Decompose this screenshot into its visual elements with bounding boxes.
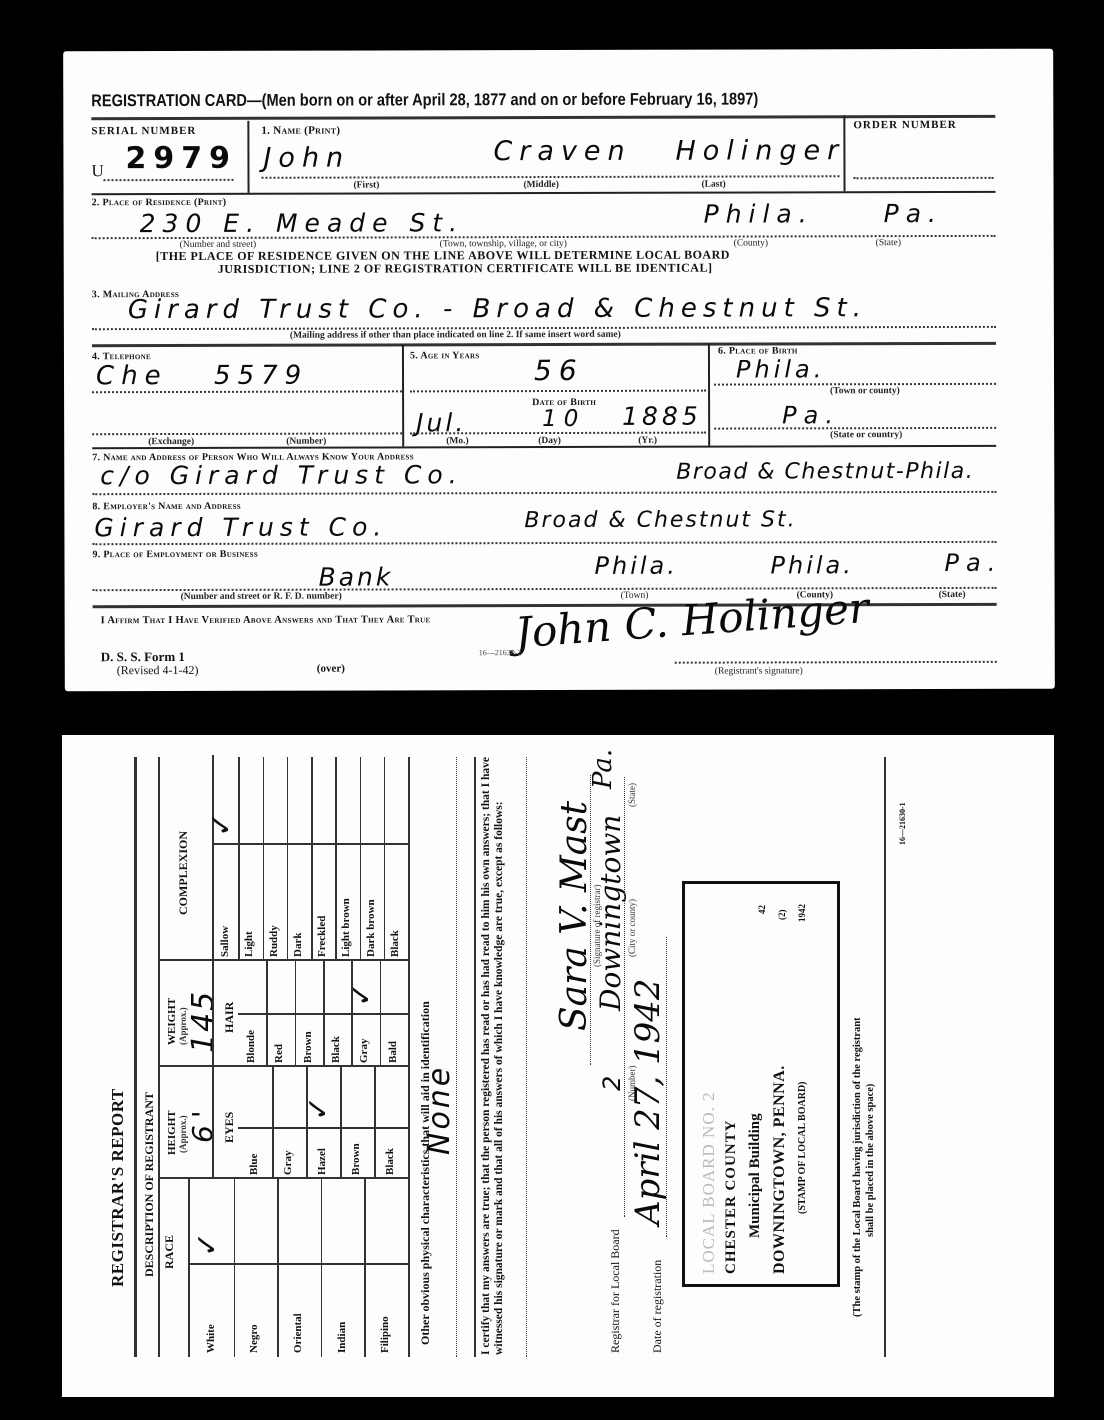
local-board-state: Pa.: [588, 749, 618, 789]
eyes-option-blue[interactable]: Blue: [238, 1067, 272, 1179]
cap-board-state: (State): [627, 783, 637, 807]
registrars-report: REGISTRAR'S REPORT DESCRIPTION OF REGIST…: [62, 735, 1054, 1397]
complexion-option-label: Dark brown: [365, 899, 377, 957]
cap-birth-town: (Town or county): [830, 386, 900, 396]
cap-mo: (Mo.): [446, 436, 468, 446]
name-line: [261, 175, 839, 179]
age-line: [410, 390, 706, 393]
contact-line: [92, 491, 996, 495]
grid-row-rule: [360, 757, 362, 961]
affirm-text: I Affirm That I Have Verified Above Answ…: [101, 614, 431, 626]
complexion-option-ruddy[interactable]: Ruddy: [263, 757, 287, 961]
grid-row-rule: [321, 1179, 323, 1357]
race-option-negro[interactable]: Negro: [234, 1179, 278, 1357]
grid-row-rule: [272, 1067, 274, 1179]
eyes-option-label: Brown: [350, 1143, 362, 1175]
card-title: REGISTRATION CARD—(Men born on or after …: [91, 89, 758, 111]
cap-emp-street: (Number and street or R. F. D. number): [181, 592, 342, 602]
hw-rule: [212, 961, 214, 1179]
cap-birth-state: (State or country): [830, 430, 902, 440]
hair-option-label: Red: [273, 1044, 285, 1063]
employment-town: Phila.: [594, 552, 677, 580]
hair-option-label: Black: [330, 1036, 342, 1063]
cap-board-city: (City or county): [627, 899, 637, 957]
grid-row-rule: [306, 1067, 308, 1179]
height-header: HEIGHT: [166, 1110, 178, 1155]
hair-option-label: Gray: [358, 1039, 370, 1063]
complexion-option-label: Sallow: [219, 926, 231, 957]
date-line: [666, 937, 667, 1237]
certify-rule: [474, 757, 476, 1357]
row1-rule: [92, 191, 996, 195]
cap-number: (Number): [286, 437, 326, 447]
telephone-exchange: Che: [96, 361, 168, 391]
residence-state: Pa.: [884, 199, 943, 228]
race-option-label: Filipino: [379, 1316, 391, 1353]
complexion-option-label: Black: [389, 930, 401, 957]
grid-row-rule: [335, 757, 337, 961]
other-label: Other obvious physical characteristics t…: [418, 1001, 433, 1345]
cap-county: (County): [734, 238, 768, 248]
eyes-option-gray[interactable]: Gray: [272, 1067, 306, 1179]
form-revised: (Revised 4-1-42): [117, 663, 199, 678]
registrant-signature: John C. Holinger: [513, 583, 870, 658]
hair-option-label: Blonde: [245, 1030, 257, 1063]
certify-line: [526, 757, 527, 1357]
height-value: 6': [186, 1103, 219, 1143]
age-label: 5. Age in Years: [410, 350, 480, 361]
desc-rule: [158, 757, 160, 1357]
mailing-value: Girard Trust Co. - Broad & Chestnut St.: [128, 293, 867, 325]
grid-row-rule: [287, 757, 289, 961]
residence-notice-2: JURISDICTION; LINE 2 OF REGISTRATION CER…: [218, 261, 713, 277]
employment-county: Phila.: [770, 551, 853, 579]
eyes-option-label: Gray: [282, 1151, 294, 1175]
grid-row-rule: [238, 757, 240, 961]
serial-prefix: U: [91, 161, 103, 181]
dob-line: [410, 432, 706, 435]
complexion-option-freckled[interactable]: Freckled: [311, 757, 335, 961]
stamp-note-1: (The stamp of the Local Board having jur…: [852, 1017, 863, 1317]
weight-header: WEIGHT: [166, 998, 178, 1045]
dob-day: 10: [542, 406, 585, 432]
grid-row-rule: [364, 1179, 366, 1357]
employer-label: 8. Employer's Name and Address: [92, 501, 241, 512]
row4-rule: [92, 445, 996, 449]
other-line: [456, 757, 457, 1357]
row3-rule: [92, 342, 996, 347]
telephone-line-2: [92, 432, 402, 435]
cap-exchange: (Exchange): [148, 437, 194, 447]
employer-address: Broad & Chestnut St.: [524, 507, 796, 533]
title-rule: [134, 757, 137, 1357]
telephone-number: 5579: [214, 361, 308, 391]
complexion-option-black[interactable]: Black: [384, 757, 408, 961]
registration-card-back: REGISTRAR'S REPORT DESCRIPTION OF REGIST…: [62, 735, 1054, 1397]
complexion-header: COMPLEXION: [176, 831, 191, 915]
eyes-option-label: Black: [384, 1148, 396, 1175]
signature-line: [675, 661, 997, 664]
registrar-signature: Sara V. Mast: [554, 801, 595, 1031]
eyes-option-black[interactable]: Black: [374, 1067, 408, 1179]
signature-cap: (Registrant's signature): [715, 666, 803, 676]
local-board-number: 2: [598, 1069, 626, 1091]
race-option-label: Indian: [336, 1322, 348, 1353]
complexion-option-dark-brown[interactable]: Dark brown: [360, 757, 384, 961]
name-first: John: [263, 143, 350, 174]
race-option-label: White: [205, 1324, 217, 1353]
hair-header: HAIR: [222, 1002, 237, 1033]
name-label: 1. Name (Print): [261, 125, 340, 137]
local-board-line: [624, 777, 625, 1217]
grid-row-rule: [234, 1179, 236, 1357]
registrar-sig-line: [590, 775, 591, 1065]
date-label: Date of registration: [650, 1260, 665, 1353]
birthplace-state: Pa.: [782, 401, 840, 429]
race-option-oriental[interactable]: Oriental: [277, 1179, 321, 1357]
complexion-option-dark[interactable]: Dark: [287, 757, 311, 961]
hair-option-label: Bald: [387, 1041, 399, 1063]
contact-name: c/o Girard Trust Co.: [100, 460, 462, 490]
grid-check-divider: [238, 1128, 408, 1130]
complexion-option-label: Freckled: [316, 916, 328, 957]
serial-number: 2979: [125, 141, 237, 176]
eyes-option-brown[interactable]: Brown: [340, 1067, 374, 1179]
checkmark-icon: ✓: [204, 812, 239, 837]
complexion-option-label: Ruddy: [268, 925, 280, 957]
order-line: [853, 177, 993, 179]
print-code-back: 16—21630-1: [898, 802, 907, 845]
local-board-city: Downingtown: [594, 815, 627, 1011]
name-middle: Craven: [493, 136, 631, 167]
cap-middle: (Middle): [524, 180, 559, 190]
cap-first: (First): [354, 180, 380, 190]
grid-row-rule: [384, 757, 386, 961]
serial-label: SERIAL NUMBER: [91, 125, 196, 137]
bottom-rule: [884, 757, 886, 1357]
hair-option-label: Brown: [302, 1031, 314, 1063]
over-label: (over): [317, 663, 345, 675]
birthplace-state-line: [714, 427, 996, 430]
date-value: April 27, 1942: [628, 978, 668, 1225]
race-option-filipino[interactable]: Filipino: [364, 1179, 408, 1357]
complexion-option-light-brown[interactable]: Light brown: [335, 757, 359, 961]
table-bottom: [408, 757, 410, 1357]
grid-row-rule: [374, 1067, 376, 1179]
grid-row-rule: [311, 757, 313, 961]
grid-row-rule: [340, 1067, 342, 1179]
grid-check-divider: [190, 1264, 408, 1266]
stamp-note-2: shall be placed in the above space): [865, 1084, 876, 1237]
birthplace-line: [714, 383, 996, 386]
serial-divider: [247, 121, 249, 193]
eyes-header: EYES: [222, 1112, 237, 1143]
order-label: ORDER NUMBER: [853, 119, 956, 131]
complexion-option-label: Light: [243, 931, 255, 957]
stamp-line-4: DOWNINGTOWN, PENNA.: [771, 1065, 789, 1274]
age-value: 56: [534, 354, 584, 387]
employer-name: Girard Trust Co.: [94, 512, 387, 542]
stamp-mark-3: 1942: [797, 904, 807, 922]
contact-address: Broad & Chestnut-Phila.: [676, 459, 974, 485]
eyes-option-label: Hazel: [316, 1148, 328, 1175]
eyes-option-hazel[interactable]: Hazel✓: [306, 1067, 340, 1179]
stamp-mark-2: (2): [777, 910, 787, 921]
description-title: DESCRIPTION OF REGISTRANT: [142, 1092, 157, 1277]
stamp-line-2: CHESTER COUNTY: [723, 1120, 740, 1274]
stamp-line-1: LOCAL BOARD NO. 2: [699, 1091, 719, 1274]
birthplace-town: Phila.: [736, 355, 825, 383]
grid-row-rule: [263, 757, 265, 961]
checkmark-icon: ✓: [190, 1232, 225, 1257]
complexion-option-sallow[interactable]: Sallow✓: [214, 757, 238, 961]
order-divider: [843, 115, 845, 191]
cap-day: (Day): [538, 436, 561, 446]
cap-yr: (Yr.): [638, 436, 657, 446]
print-code-front: 16—21630-2: [479, 648, 522, 657]
residence-label: 2. Place of Residence (Print): [92, 197, 227, 208]
serial-line: [103, 179, 233, 181]
checkmark-icon: ✓: [344, 982, 379, 1007]
eyes-option-label: Blue: [248, 1154, 260, 1175]
stamp-line-3: Municipal Building: [747, 1113, 764, 1238]
grid-check-divider: [238, 1014, 408, 1016]
stamp-mark-1: 42: [757, 905, 767, 914]
grid-row-rule: [277, 1179, 279, 1357]
weight-value: 145: [186, 990, 221, 1053]
cap-emp-state: (State): [939, 590, 966, 600]
dob-year: 1885: [622, 402, 702, 431]
employment-label: 9. Place of Employment or Business: [92, 549, 258, 560]
age-divider: [708, 344, 710, 446]
other-value: None: [422, 1065, 457, 1155]
residence-county: Phila.: [704, 199, 814, 228]
local-board-stamp: LOCAL BOARD NO. 2 CHESTER COUNTY Municip…: [682, 881, 840, 1287]
race-option-label: Negro: [248, 1324, 260, 1353]
employment-street: Bank: [319, 562, 394, 591]
complexion-option-label: Dark: [292, 933, 304, 957]
tel-divider: [402, 344, 404, 446]
residence-street: 230 E. Meade St.: [140, 208, 465, 238]
complexion-option-label: Light brown: [340, 898, 352, 957]
complexion-option-light[interactable]: Light: [238, 757, 262, 961]
race-option-white[interactable]: White✓: [190, 1179, 234, 1357]
certify-text: I certify that my answers are true; that…: [480, 755, 506, 1355]
employment-state: Pa.: [944, 549, 1002, 577]
mailing-cap: (Mailing address if other than place ind…: [290, 330, 621, 341]
local-board-label: Registrar for Local Board: [608, 1229, 623, 1353]
report-title: REGISTRAR'S REPORT: [108, 1088, 128, 1287]
race-option-label: Oriental: [292, 1313, 304, 1353]
telephone-line: [92, 390, 402, 393]
race-option-indian[interactable]: Indian: [321, 1179, 365, 1357]
name-last: Holinger: [675, 135, 845, 166]
race-header: RACE: [162, 1235, 177, 1269]
grid-check-divider: [214, 844, 408, 846]
cap-state: (State): [876, 238, 901, 248]
registration-card-front: REGISTRATION CARD—(Men born on or after …: [63, 49, 1055, 692]
height-weight-div: [158, 1066, 212, 1068]
cap-last: (Last): [702, 180, 726, 190]
stamp-caption: (STAMP OF LOCAL BOARD): [797, 1081, 808, 1214]
